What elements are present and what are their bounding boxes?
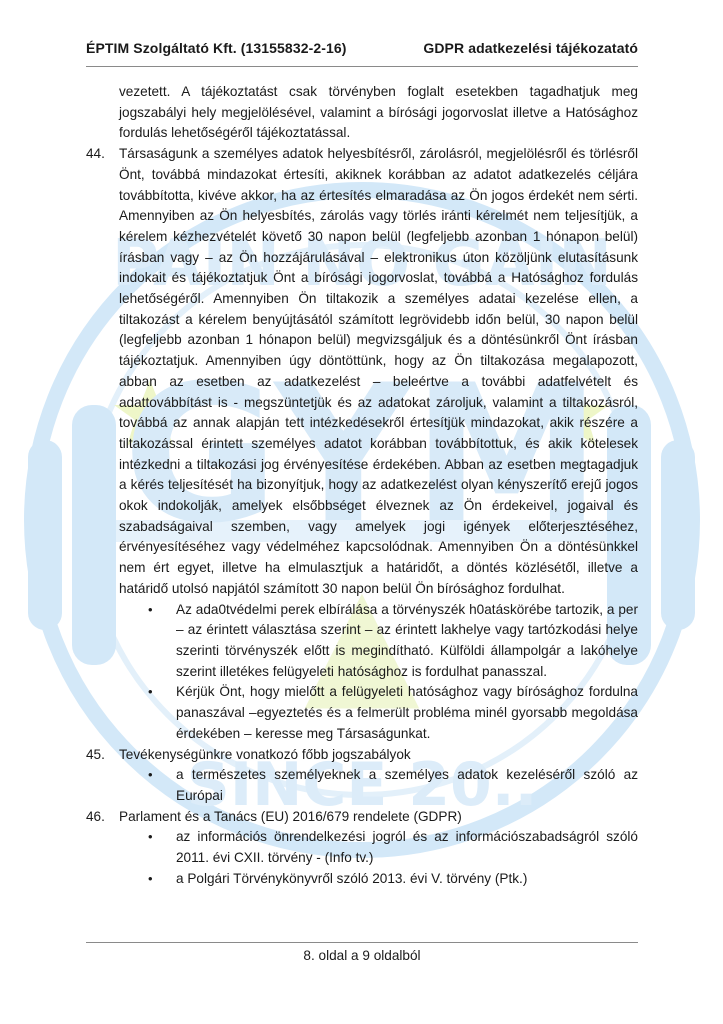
page-number: 8. oldal a 9 oldalból <box>86 948 638 963</box>
continuation-paragraph: vezetett. A tájékoztatást csak törvénybe… <box>119 82 638 144</box>
item-number: 46. <box>86 807 119 828</box>
item-number: 45. <box>86 745 119 766</box>
header-doc-title: GDPR adatkezelési tájékozatató <box>423 40 638 56</box>
footer-divider <box>86 942 638 943</box>
bullet-icon: • <box>148 682 176 744</box>
bullet-list-46: • az információs önrendelkezési jogról é… <box>148 827 638 889</box>
list-item-44: 44. Társaságunk a személyes adatok helye… <box>86 144 638 599</box>
bullet-icon: • <box>148 765 176 806</box>
bullet-icon: • <box>148 600 176 683</box>
item-number: 44. <box>86 144 119 599</box>
list-item-45: 45. Tevékenységünkre vonatkozó főbb jogs… <box>86 745 638 766</box>
list-item: • Kérjük Önt, hogy mielőtt a felügyeleti… <box>148 682 638 744</box>
list-item: • a természetes személyeknek a személyes… <box>148 765 638 806</box>
bullet-icon: • <box>148 827 176 868</box>
list-item: • a Polgári Törvénykönyvről szóló 2013. … <box>148 869 638 890</box>
page-header: ÉPTIM Szolgáltató Kft. (13155832-2-16) G… <box>86 40 638 67</box>
item-text: Társaságunk a személyes adatok helyesbít… <box>119 144 638 599</box>
item-text: Parlament és a Tanács (EU) 2016/679 rend… <box>119 807 638 828</box>
header-company: ÉPTIM Szolgáltató Kft. (13155832-2-16) <box>86 40 347 56</box>
bullet-list-44: • Az ada0tvédelmi perek elbírálása a tör… <box>148 600 638 745</box>
item-text: Tevékenységünkre vonatkozó főbb jogszabá… <box>119 745 638 766</box>
document-body: vezetett. A tájékoztatást csak törvénybe… <box>86 82 638 889</box>
bullet-list-45: • a természetes személyeknek a személyes… <box>148 765 638 806</box>
list-item: • Az ada0tvédelmi perek elbírálása a tör… <box>148 600 638 683</box>
list-item: • az információs önrendelkezési jogról é… <box>148 827 638 868</box>
list-item-46: 46. Parlament és a Tanács (EU) 2016/679 … <box>86 807 638 828</box>
bullet-icon: • <box>148 869 176 890</box>
